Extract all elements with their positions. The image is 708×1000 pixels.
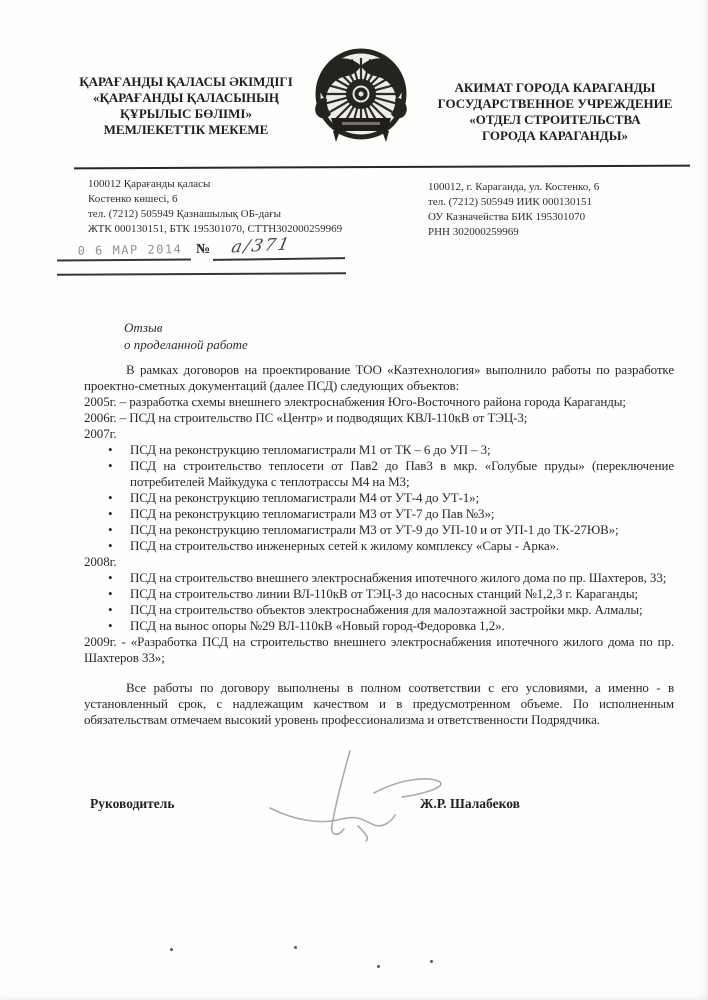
scan-speck <box>377 965 380 968</box>
org-name-ru-line-2: ГОСУДАРСТВЕННОЕ УЧРЕЖДЕНИЕ <box>424 96 686 112</box>
intro-paragraph: В рамках договоров на проектирование ТОО… <box>84 362 674 394</box>
list-item-text: ПСД на вынос опоры №29 ВЛ-110кВ «Новый г… <box>130 618 505 633</box>
list-item: ПСД на реконструкцию тепломагистрали М3 … <box>84 506 674 522</box>
date-underline <box>57 259 191 262</box>
project-list-2008: ПСД на строительство внешнего электросна… <box>84 570 674 634</box>
contact-ru-line-2: тел. (7212) 505949 ИИК 000130151 <box>428 195 698 210</box>
list-item-text: ПСД на реконструкцию тепломагистрали М4 … <box>130 490 479 505</box>
kazakhstan-emblem-icon <box>311 44 411 148</box>
list-item-text: ПСД на строительство инженерных сетей к … <box>130 538 559 553</box>
year-heading-2007: 2007г. <box>84 426 674 442</box>
contact-kk-line-4: ЖТК 000130151, БТК 195301070, СТТН302000… <box>88 222 408 237</box>
header-rule <box>74 165 690 170</box>
list-item-text: ПСД на реконструкцию тепломагистрали М3 … <box>130 522 619 537</box>
signature-title: Руководитель <box>90 796 175 812</box>
org-name-russian: АКИМАТ ГОРОДА КАРАГАНДЫ ГОСУДАРСТВЕННОЕ … <box>424 80 686 144</box>
number-sign: № <box>196 242 210 258</box>
contact-ru-line-4: РНН 302000259969 <box>428 225 698 240</box>
org-name-kk-line-2: «ҚАРАҒАНДЫ ҚАЛАСЫНЫҢ <box>52 90 320 106</box>
org-name-kazakh: ҚАРАҒАНДЫ ҚАЛАСЫ ӘКІМДІГІ «ҚАРАҒАНДЫ ҚАЛ… <box>52 74 320 138</box>
org-name-ru-line-4: ГОРОДА КАРАГАНДЫ» <box>424 128 686 144</box>
scanned-letter-page: ҚАРАҒАНДЫ ҚАЛАСЫ ӘКІМДІГІ «ҚАРАҒАНДЫ ҚАЛ… <box>0 0 708 1000</box>
date-stamp: 0 6 МАР 2014 <box>66 242 194 258</box>
list-item: ПСД на вынос опоры №29 ВЛ-110кВ «Новый г… <box>84 618 674 634</box>
letter-body: В рамках договоров на проектирование ТОО… <box>84 362 674 728</box>
contact-kk-line-2: Костенко көшесі, 6 <box>88 192 408 207</box>
closing-paragraph: Все работы по договору выполнены в полно… <box>84 680 674 728</box>
org-name-ru-line-3: «ОТДЕЛ СТРОИТЕЛЬСТВА <box>424 112 686 128</box>
number-underline <box>213 257 345 260</box>
subject-block: Отзыв о проделанной работе <box>124 319 248 353</box>
list-item: ПСД на строительство инженерных сетей к … <box>84 538 674 554</box>
reference-second-line <box>57 272 346 275</box>
subject-line-1: Отзыв <box>124 319 248 336</box>
list-item: ПСД на строительство линии ВЛ-110кВ от Т… <box>84 586 674 602</box>
year-heading-2008: 2008г. <box>84 554 674 570</box>
scan-speck <box>430 960 433 963</box>
list-item: ПСД на строительство объектов электросна… <box>84 602 674 618</box>
list-item: ПСД на реконструкцию тепломагистрали М3 … <box>84 522 674 538</box>
org-name-kk-line-4: МЕМЛЕКЕТТІК МЕКЕМЕ <box>52 122 320 138</box>
org-name-kk-line-1: ҚАРАҒАНДЫ ҚАЛАСЫ ӘКІМДІГІ <box>52 74 320 90</box>
signatory-name: Ж.Р. Шалабеков <box>420 796 520 812</box>
org-name-kk-line-3: ҚҰРЫЛЫС БӨЛІМІ» <box>52 106 320 122</box>
list-item-text: ПСД на реконструкцию тепломагистрали М3 … <box>130 506 494 521</box>
list-item-text: ПСД на строительство объектов электросна… <box>130 602 643 617</box>
doc-number-handwritten: а/371 <box>230 234 293 257</box>
contact-ru-line-3: ОУ Казначейства БИК 195301070 <box>428 210 698 225</box>
list-item-text: ПСД на реконструкцию тепломагистрали М1 … <box>130 442 491 457</box>
year-line-2009: 2009г. - «Разработка ПСД на строительств… <box>84 634 674 666</box>
project-list-2007: ПСД на реконструкцию тепломагистрали М1 … <box>84 442 674 554</box>
contacts-kazakh: 100012 Қарағанды қаласы Костенко көшесі,… <box>88 177 408 237</box>
list-item-text: ПСД на строительство линии ВЛ-110кВ от Т… <box>130 586 638 601</box>
list-item-text: ПСД на строительство внешнего электросна… <box>130 570 666 585</box>
scan-speck <box>170 948 173 951</box>
contact-kk-line-3: тел. (7212) 505949 Қазнашылық ОБ-дағы <box>88 207 408 222</box>
contacts-russian: 100012, г. Караганда, ул. Костенко, 6 те… <box>428 180 698 240</box>
contact-ru-line-1: 100012, г. Караганда, ул. Костенко, 6 <box>428 180 698 195</box>
list-item: ПСД на реконструкцию тепломагистрали М1 … <box>84 442 674 458</box>
year-line-2005: 2005г. – разработка схемы внешнего элект… <box>84 394 674 410</box>
subject-line-2: о проделанной работе <box>124 336 248 353</box>
list-item-text: ПСД на строительство теплосети от Пав2 д… <box>130 458 674 489</box>
list-item: ПСД на строительство внешнего электросна… <box>84 570 674 586</box>
scan-speck <box>294 946 297 949</box>
contact-kk-line-1: 100012 Қарағанды қаласы <box>88 177 408 192</box>
list-item: ПСД на реконструкцию тепломагистрали М4 … <box>84 490 674 506</box>
org-name-ru-line-1: АКИМАТ ГОРОДА КАРАГАНДЫ <box>424 80 686 96</box>
list-item: ПСД на строительство теплосети от Пав2 д… <box>84 458 674 490</box>
year-line-2006: 2006г. – ПСД на строительство ПС «Центр»… <box>84 410 674 426</box>
